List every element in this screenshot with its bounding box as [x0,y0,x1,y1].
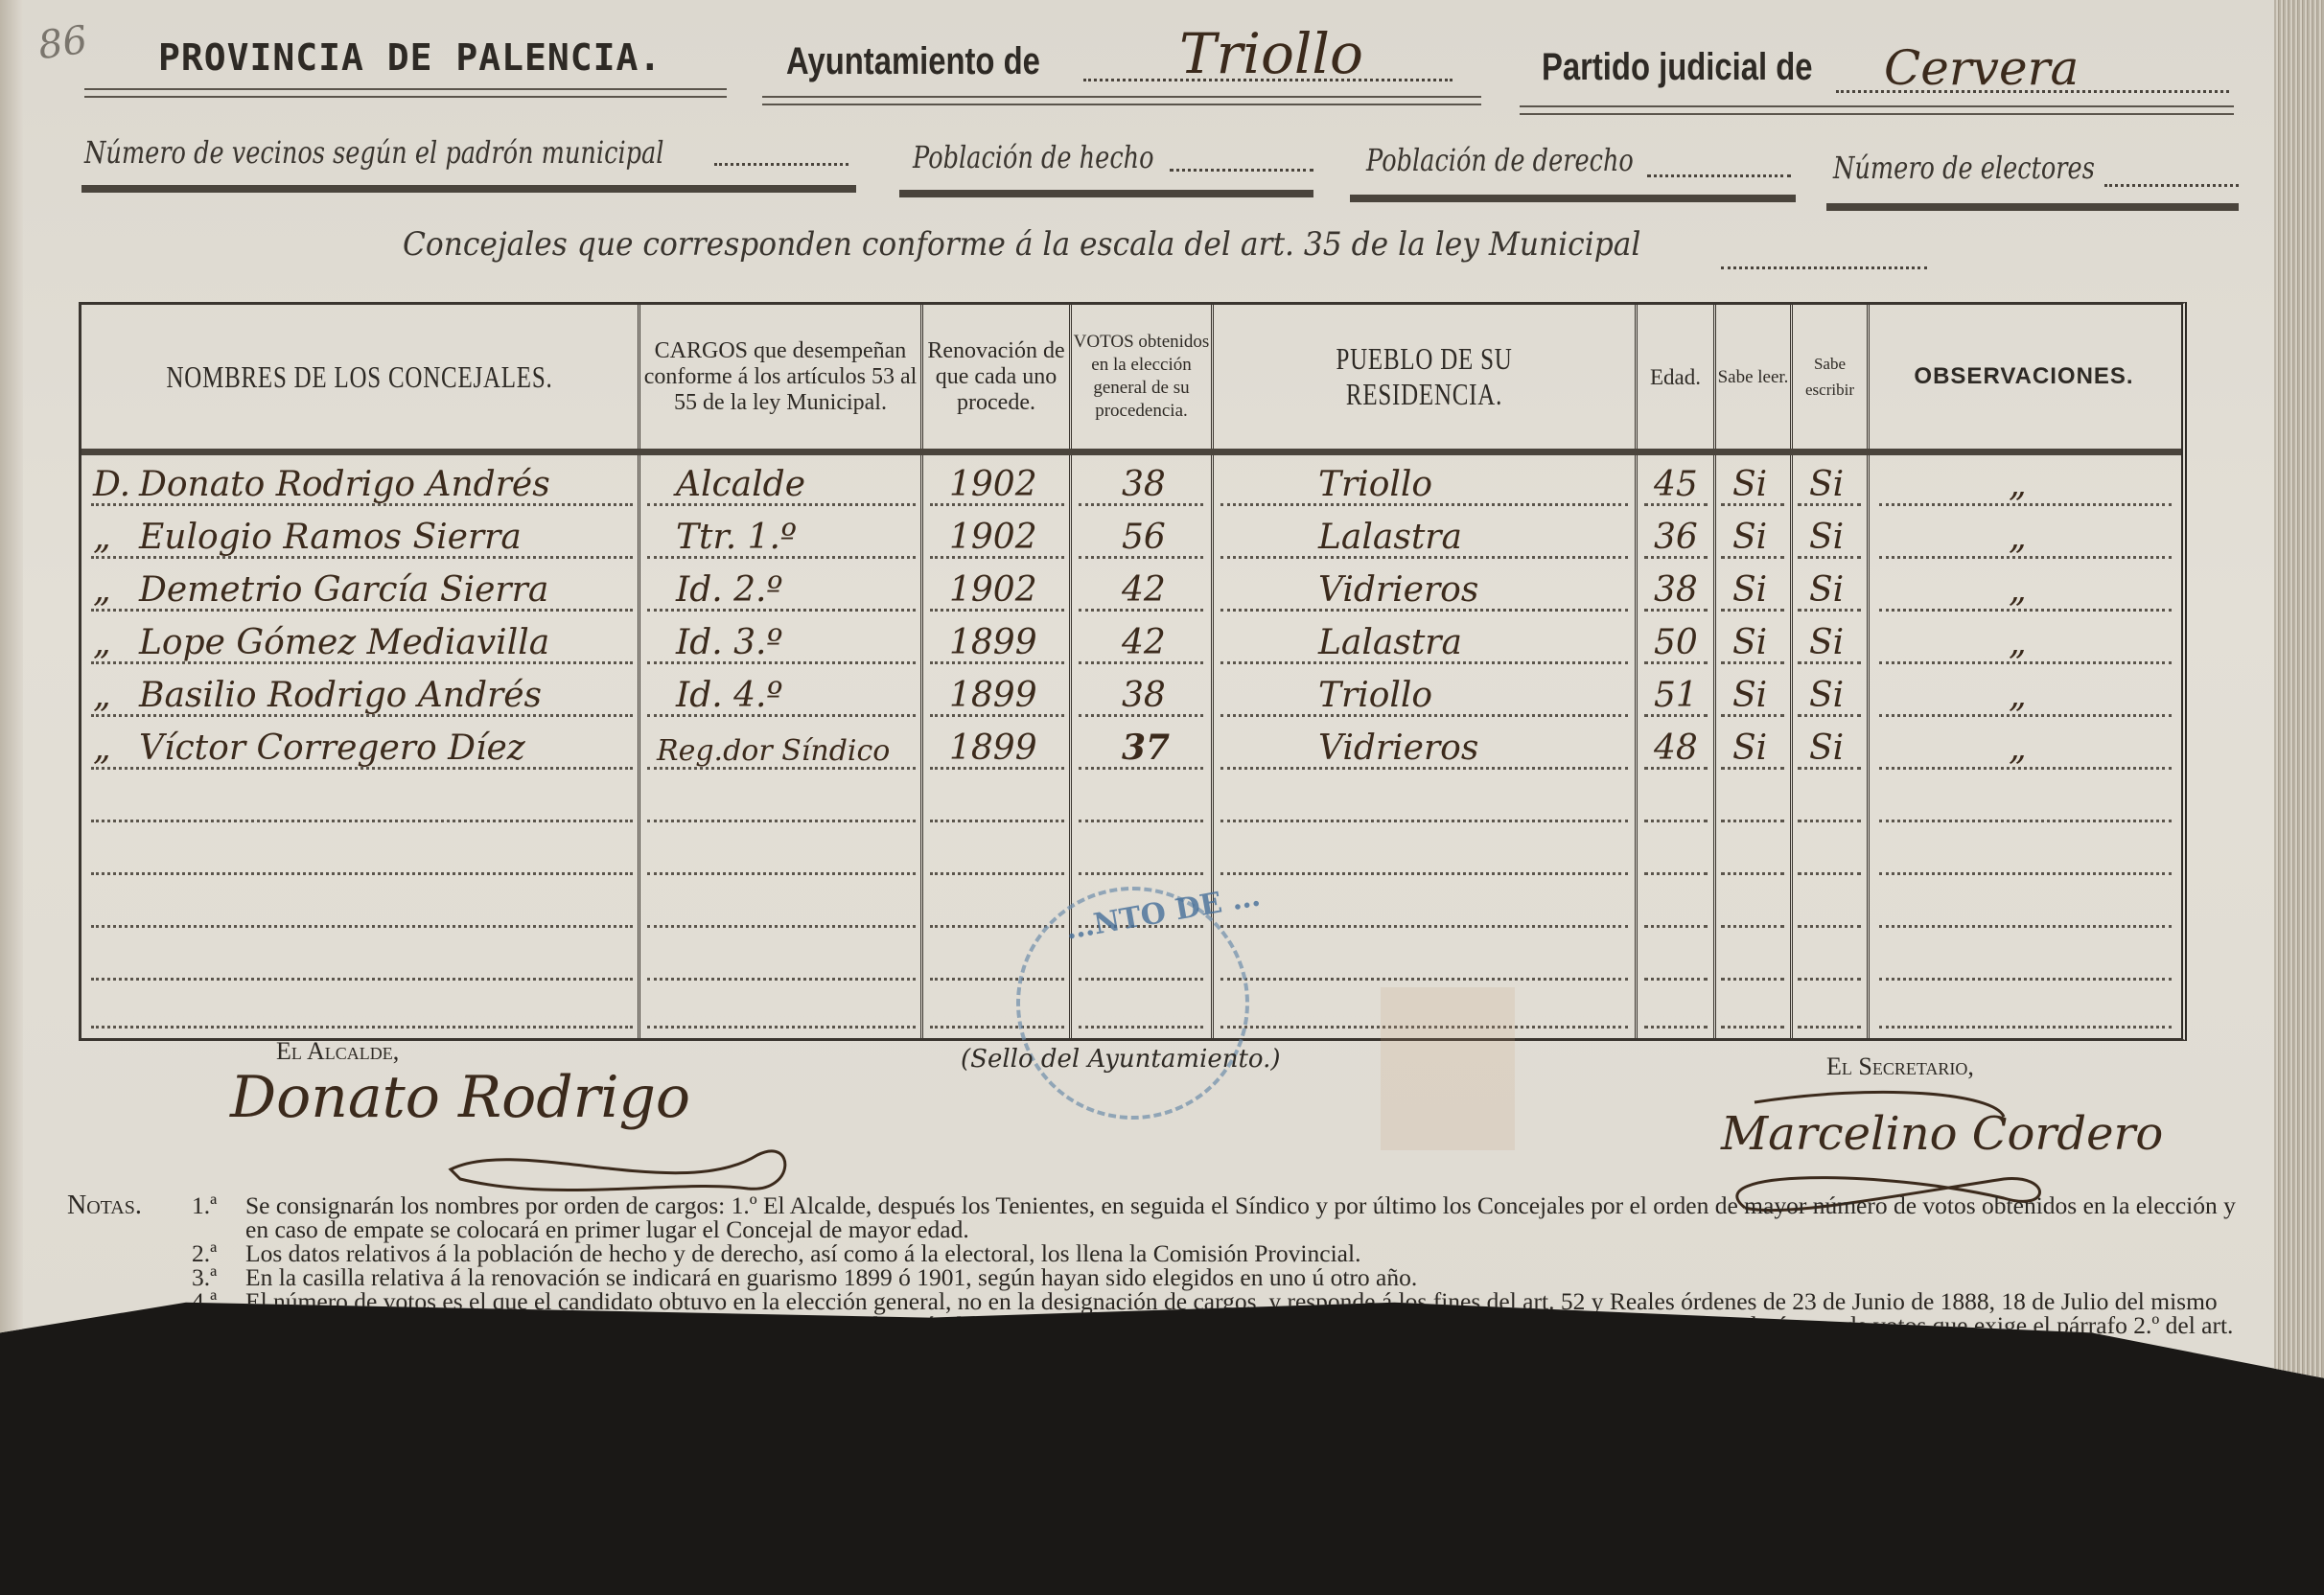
table-row: D. Donato Rodrigo Andrés Alcalde 1902 38… [81,458,2181,514]
column-header-cargos: CARGOS que desempeñan conforme á los art… [640,305,920,449]
row-prefix: „ [93,518,111,557]
cell-votos: 56 [1122,518,1166,557]
cell-edad: 50 [1654,623,1698,662]
cell-observaciones: „ [2009,676,2027,715]
partido-label: Partido judicial de [1542,46,1813,89]
cell-renovacion: 1899 [949,728,1037,768]
cell-votos: 42 [1122,623,1166,662]
row-prefix: D. [93,465,130,504]
row-prefix: „ [93,728,111,768]
cell-observaciones: „ [2009,518,2027,557]
cell-observaciones: „ [2009,623,2027,662]
cell-sabe-escribir: Si [1809,623,1844,662]
cell-renovacion: 1899 [949,676,1037,715]
row-prefix: „ [93,623,111,662]
alcalde-signature: Donato Rodrigo [230,1064,690,1131]
cell-cargo: Alcalde [676,465,805,504]
cell-sabe-leer: Si [1732,676,1767,715]
partido-value: Cervera [1884,40,2079,96]
book-spine [0,0,23,1495]
header-separator [81,449,2181,455]
table-row [81,827,2181,883]
header-rule [762,96,1481,105]
column-header-edad: Edad. [1638,305,1713,449]
table-row: „ Demetrio García Sierra Id. 2.º 1902 42… [81,564,2181,619]
cell-sabe-leer: Si [1732,465,1767,504]
header-rule [1350,195,1796,202]
header-rule [84,88,727,98]
note-item: 4.ªEl número de votos es el que el candi… [192,1289,2243,1361]
electores-dotline [2104,184,2239,187]
cell-renovacion: 1899 [949,623,1037,662]
cell-sabe-leer: Si [1732,570,1767,610]
table-row: „ Eulogio Ramos Sierra Ttr. 1.º 1902 56 … [81,511,2181,566]
cell-renovacion: 1902 [949,518,1037,557]
cell-pueblo: Lalastra [1318,518,1462,557]
note-item: 3.ªEn la casilla relativa á la renovació… [192,1265,2243,1289]
cell-sabe-escribir: Si [1809,570,1844,610]
poblacion-derecho-label: Población de derecho [1366,142,1634,178]
cell-votos: 37 [1122,728,1170,768]
cell-nombre: Demetrio García Sierra [139,570,548,610]
cell-sabe-leer: Si [1732,728,1767,768]
column-header-nombres: NOMBRES DE LOS CONCEJALES. [143,305,576,449]
cell-nombre: Lope Gómez Mediavilla [139,623,549,662]
column-header-observaciones: OBSERVACIONES. [1870,305,2178,449]
poblacion-hecho-dotline [1170,169,1313,172]
cell-pueblo: Triollo [1318,676,1432,715]
ayuntamiento-label: Ayuntamiento de [786,40,1040,83]
vecinos-dotline [714,163,848,166]
cell-sabe-escribir: Si [1809,676,1844,715]
cell-edad: 51 [1654,676,1698,715]
cell-votos: 42 [1122,570,1166,610]
cell-cargo: Id. 3.º [676,623,782,662]
cell-observaciones: „ [2009,465,2027,504]
cell-observaciones: „ [2009,570,2027,610]
cell-sabe-leer: Si [1732,623,1767,662]
cell-cargo: Reg.dor Síndico [657,734,890,768]
column-header-sabe-escribir: Sabe escribir [1793,305,1867,449]
page-edges [2274,0,2324,1495]
cell-edad: 36 [1654,518,1698,557]
row-prefix: „ [93,570,111,610]
alcalde-label: El Alcalde, [276,1037,399,1066]
document-page: 86 PROVINCIA DE PALENCIA. Ayuntamiento d… [0,0,2324,1514]
cell-sabe-escribir: Si [1809,728,1844,768]
notes-section: Notas. 1.ªSe consignarán los nombres por… [67,1193,2243,1409]
cell-edad: 48 [1654,728,1698,768]
notes-label: Notas. [67,1193,142,1217]
cell-sabe-leer: Si [1732,518,1767,557]
cell-nombre: Donato Rodrigo Andrés [139,465,550,504]
header-rule [1520,105,2234,115]
cell-votos: 38 [1122,465,1166,504]
note-item: 1.ªSe consignarán los nombres por orden … [192,1193,2243,1241]
cell-cargo: Id. 4.º [676,676,782,715]
poblacion-hecho-label: Población de hecho [913,139,1154,175]
provincia-title: PROVINCIA DE PALENCIA. [158,36,662,79]
cell-cargo: Ttr. 1.º [676,518,797,557]
cell-nombre: Víctor Corregero Díez [139,728,525,768]
cell-votos: 38 [1122,676,1166,715]
vecinos-label: Número de vecinos según el padrón munici… [84,134,663,171]
cell-edad: 45 [1654,465,1698,504]
header-rule [81,185,856,193]
cell-pueblo: Lalastra [1318,623,1462,662]
secretario-label: El Secretario, [1826,1052,1974,1081]
table-row [81,774,2181,830]
cell-renovacion: 1902 [949,465,1037,504]
cell-sabe-escribir: Si [1809,518,1844,557]
poblacion-derecho-dotline [1647,174,1791,177]
folio-number: 86 [35,18,90,69]
cell-observaciones: „ [2009,728,2027,768]
note-item: 6.ªEl estado respectivo se remitirá á co… [192,1385,2243,1409]
header-rule [899,190,1313,197]
cell-pueblo: Vidrieros [1318,570,1478,610]
cell-nombre: Eulogio Ramos Sierra [139,518,522,557]
column-header-renovacion: Renovación de que cada uno procede. [923,305,1069,449]
faded-stamp-mark [1381,987,1515,1150]
cell-pueblo: Triollo [1318,465,1432,504]
cell-edad: 38 [1654,570,1698,610]
cell-sabe-escribir: Si [1809,465,1844,504]
table-row: „ Víctor Corregero Díez Reg.dor Síndico … [81,722,2181,777]
concejales-label: Concejales que corresponden conforme á l… [403,225,1640,264]
note-item: 2.ªLos datos relativos á la población de… [192,1241,2243,1265]
cell-pueblo: Vidrieros [1318,728,1478,768]
column-header-pueblo: PUEBLO DE SU RESIDENCIA. [1260,305,1588,449]
cell-cargo: Id. 2.º [676,570,782,610]
note-item: 5.ªAdemás de los nombres de los individu… [192,1361,2243,1385]
concejales-dotline [1721,266,1927,269]
sello-label: (Sello del Ayuntamiento.) [961,1045,1281,1074]
column-header-sabe-leer: Sabe leer. [1716,305,1790,449]
ayuntamiento-value: Triollo [1179,21,1363,86]
header-rule [1826,203,2239,211]
electores-label: Número de electores [1833,150,2095,186]
table-row: „ Lope Gómez Mediavilla Id. 3.º 1899 42 … [81,616,2181,672]
row-prefix: „ [93,676,111,715]
column-header-votos: VOTOS obtenidos en la elección general d… [1072,305,1211,449]
table-row: „ Basilio Rodrigo Andrés Id. 4.º 1899 38… [81,669,2181,725]
cell-nombre: Basilio Rodrigo Andrés [139,676,542,715]
cell-renovacion: 1902 [949,570,1037,610]
